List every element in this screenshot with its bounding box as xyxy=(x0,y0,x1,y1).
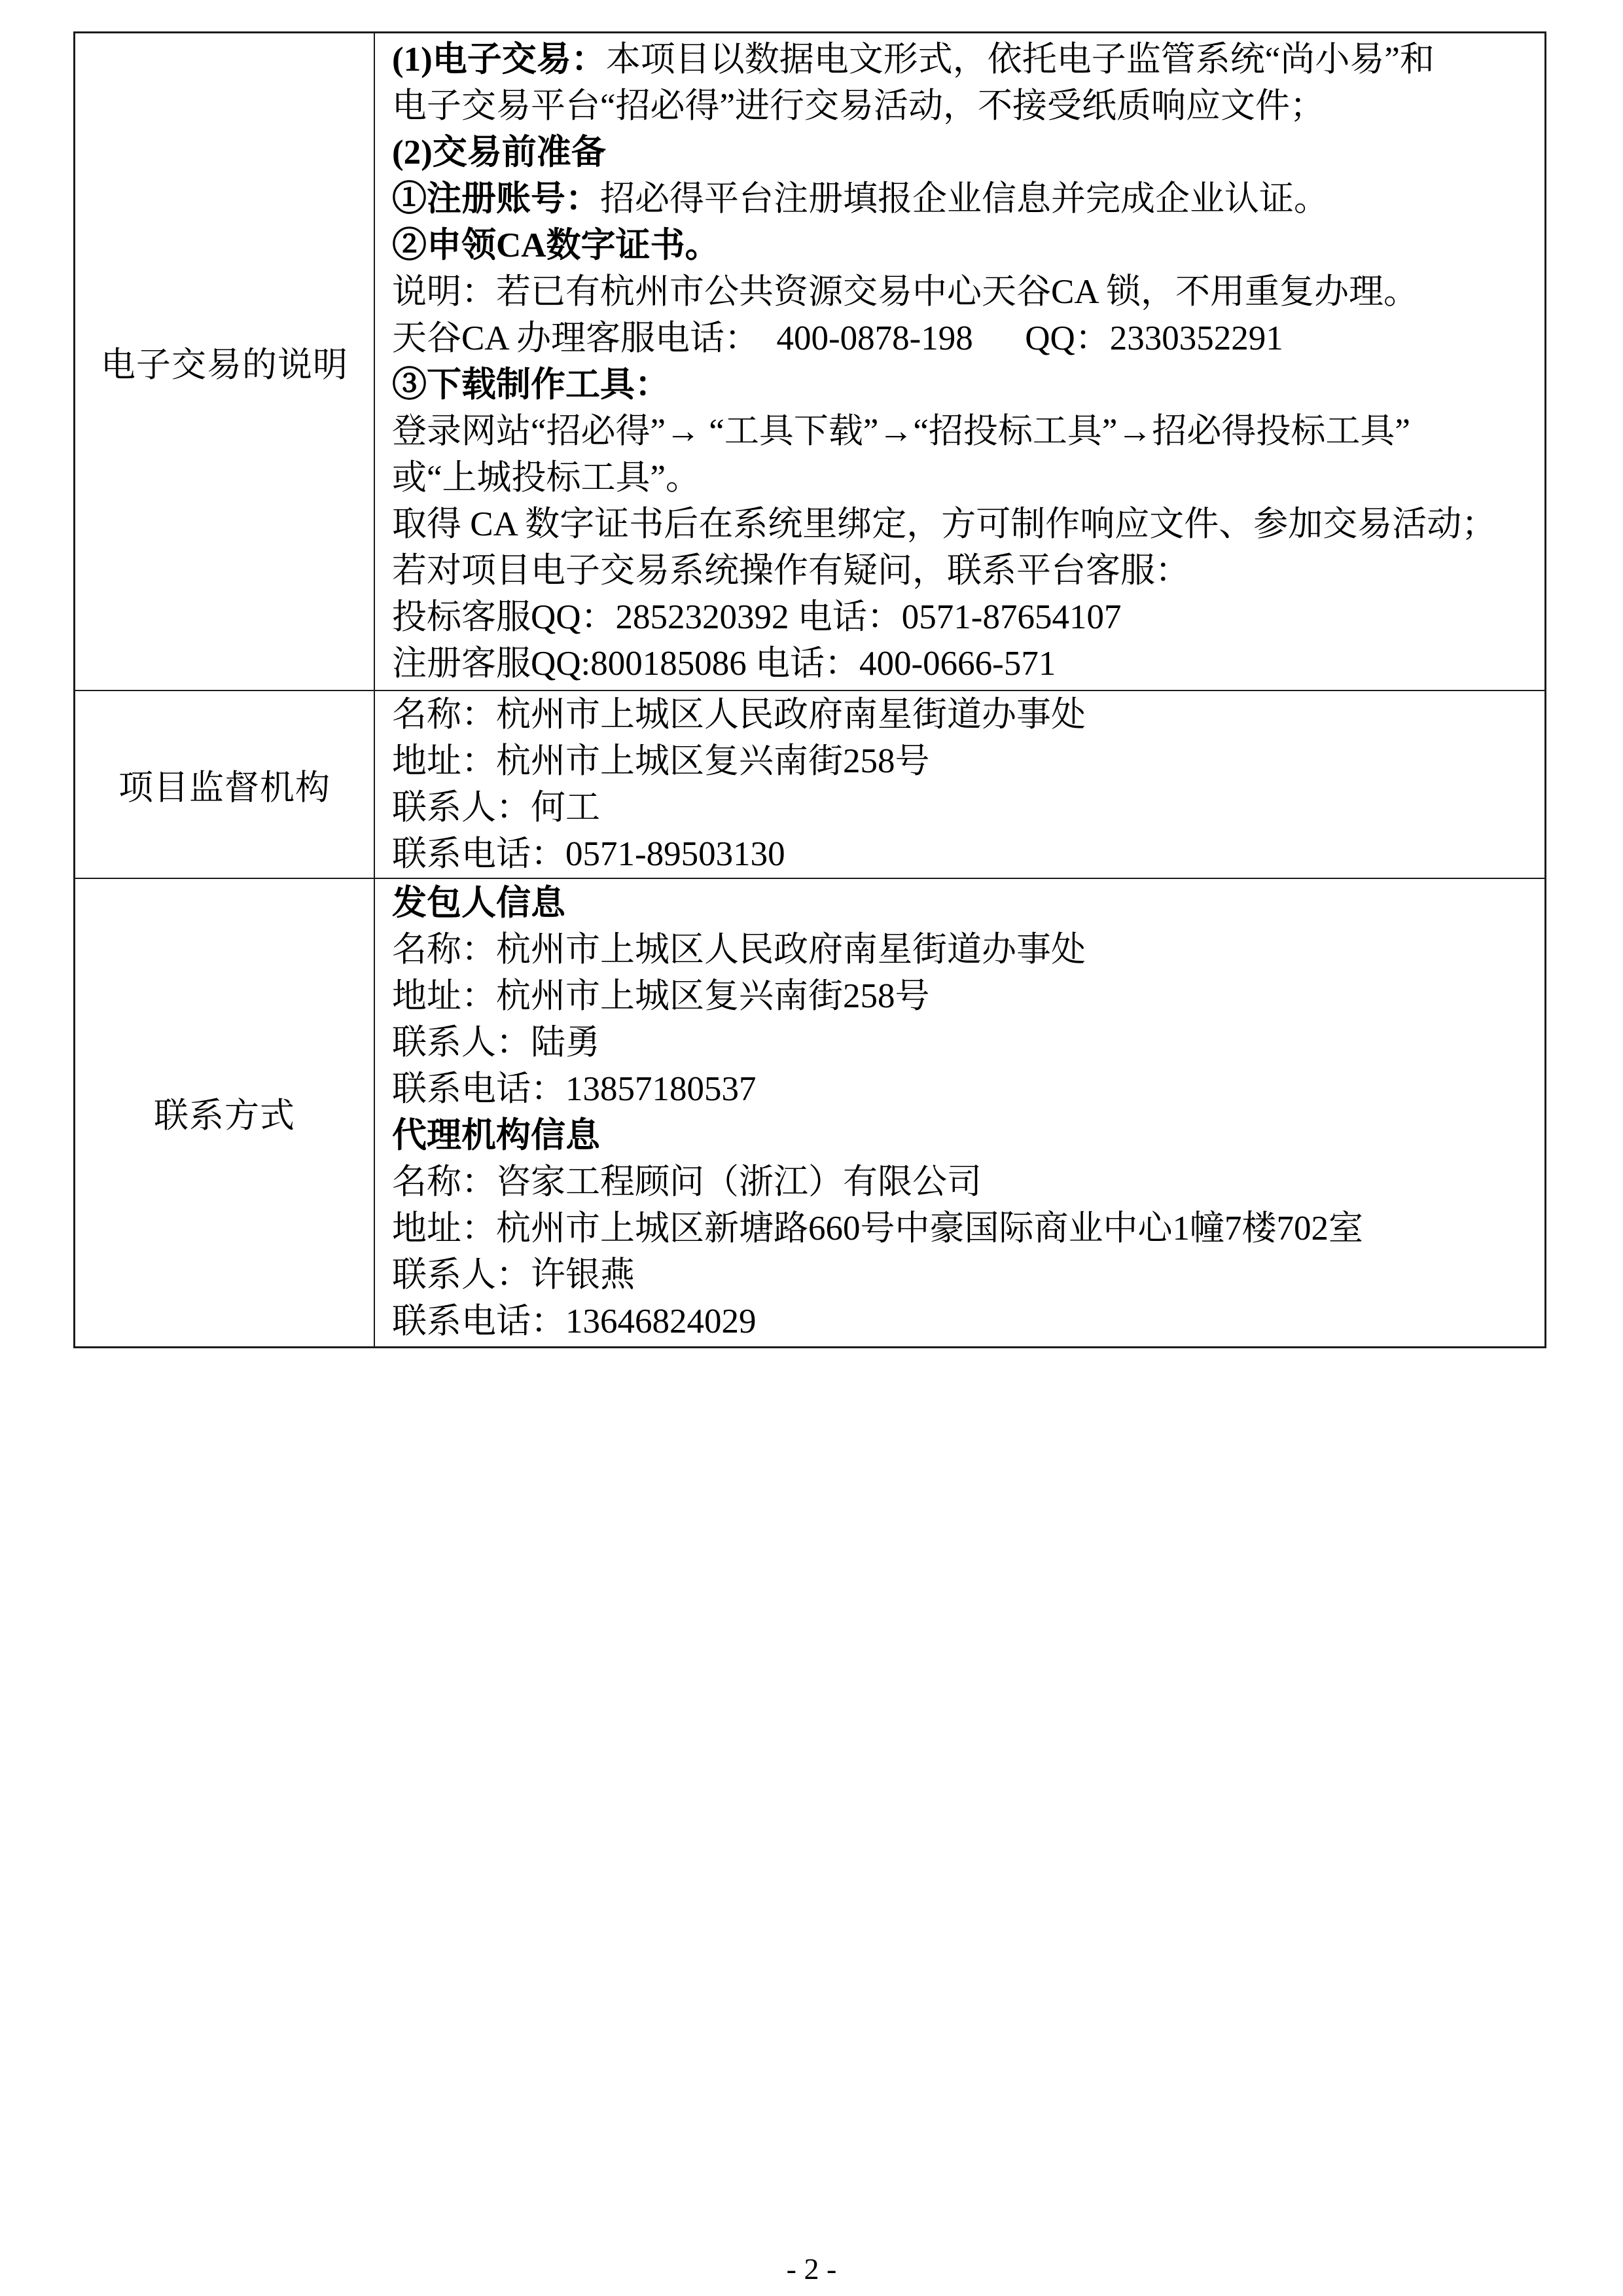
text-line: 说明：若已有杭州市公共资源交易中心天谷CA 锁，不用重复办理。 xyxy=(392,269,1544,315)
bold-text-segment: (1)电子交易： xyxy=(392,41,606,79)
text-segment: 联系人：何工 xyxy=(392,789,600,827)
text-segment: 若对项目电子交易系统操作有疑问，联系平台客服： xyxy=(392,552,1190,590)
text-segment: 电子交易平台“招必得”进行交易活动，不接受纸质响应文件； xyxy=(392,87,1325,125)
bold-text-segment: ①注册账号： xyxy=(392,180,600,218)
text-line: (1)电子交易：本项目以数据电文形式，依托电子监管系统“尚小易”和 xyxy=(392,37,1544,83)
text-line: 代理机构信息 xyxy=(392,1113,1544,1159)
text-segment: 天谷CA 办理客服电话： 400-0878-198 QQ：2330352291 xyxy=(392,319,1283,357)
text-line: 发包人信息 xyxy=(392,880,1544,927)
text-segment: 招必得平台注册填报企业信息并完成企业认证。 xyxy=(600,180,1329,218)
text-segment: 联系电话：0571-89503130 xyxy=(392,835,785,873)
document-page: 电子交易的说明 (1)电子交易：本项目以数据电文形式，依托电子监管系统“尚小易”… xyxy=(0,0,1623,2296)
text-line: 名称：咨家工程顾问（浙江）有限公司 xyxy=(392,1159,1544,1206)
text-line: 电子交易平台“招必得”进行交易活动，不接受纸质响应文件； xyxy=(392,83,1544,130)
row-label-contact-info: 联系方式 xyxy=(75,879,375,1346)
text-line: ③下载制作工具： xyxy=(392,362,1544,408)
text-segment: 投标客服QQ：2852320392 电话：0571-87654107 xyxy=(392,598,1121,636)
text-segment: 名称：咨家工程顾问（浙江）有限公司 xyxy=(392,1163,982,1201)
text-segment: 登录网站“招必得”→ “工具下载”→“招投标工具”→招必得投标工具” xyxy=(392,412,1410,450)
table-row-contact-info: 联系方式 发包人信息名称：杭州市上城区人民政府南星街道办事处地址：杭州市上城区复… xyxy=(75,878,1544,1346)
text-line: 投标客服QQ：2852320392 电话：0571-87654107 xyxy=(392,594,1544,641)
row-content-supervision-agency: 名称：杭州市上城区人民政府南星街道办事处地址：杭州市上城区复兴南街258号联系人… xyxy=(375,691,1544,878)
text-segment: 地址：杭州市上城区新塘路660号中豪国际商业中心1幢7楼702室 xyxy=(392,1210,1363,1247)
text-segment: 联系人：陆勇 xyxy=(392,1024,600,1062)
text-line: ②申领CA数字证书。 xyxy=(392,223,1544,269)
page-number: - 2 - xyxy=(0,2250,1623,2288)
text-segment: 取得 CA 数字证书后在系统里绑定，方可制作响应文件、参加交易活动； xyxy=(392,505,1496,543)
row-label-supervision-agency: 项目监督机构 xyxy=(75,691,375,878)
text-segment: 名称：杭州市上城区人民政府南星街道办事处 xyxy=(392,931,1086,969)
text-line: 联系人：陆勇 xyxy=(392,1020,1544,1066)
text-segment: 联系电话：13857180537 xyxy=(392,1070,757,1108)
text-segment: 联系电话：13646824029 xyxy=(392,1302,757,1340)
text-segment: 联系人：许银燕 xyxy=(392,1256,635,1294)
bold-text-segment: ③下载制作工具： xyxy=(392,366,669,404)
text-line: 或“上城投标工具”。 xyxy=(392,455,1544,501)
table-row-supervision-agency: 项目监督机构 名称：杭州市上城区人民政府南星街道办事处地址：杭州市上城区复兴南街… xyxy=(75,690,1544,878)
table-row-electronic-trading: 电子交易的说明 (1)电子交易：本项目以数据电文形式，依托电子监管系统“尚小易”… xyxy=(75,33,1544,690)
row-label-electronic-trading: 电子交易的说明 xyxy=(75,33,375,690)
text-segment: 本项目以数据电文形式，依托电子监管系统“尚小易”和 xyxy=(606,41,1435,79)
text-line: ①注册账号：招必得平台注册填报企业信息并完成企业认证。 xyxy=(392,176,1544,223)
text-segment: 地址：杭州市上城区复兴南街258号 xyxy=(392,977,930,1015)
text-line: 若对项目电子交易系统操作有疑问，联系平台客服： xyxy=(392,548,1544,594)
text-segment: 或“上城投标工具”。 xyxy=(392,459,700,497)
text-segment: 地址：杭州市上城区复兴南街258号 xyxy=(392,742,930,780)
text-line: 名称：杭州市上城区人民政府南星街道办事处 xyxy=(392,692,1544,738)
text-segment: 名称：杭州市上城区人民政府南星街道办事处 xyxy=(392,696,1086,734)
bold-text-segment: 代理机构信息 xyxy=(392,1117,600,1155)
row-content-electronic-trading: (1)电子交易：本项目以数据电文形式，依托电子监管系统“尚小易”和电子交易平台“… xyxy=(375,33,1544,690)
info-table: 电子交易的说明 (1)电子交易：本项目以数据电文形式，依托电子监管系统“尚小易”… xyxy=(73,31,1546,1348)
text-line: 联系人：何工 xyxy=(392,785,1544,831)
bold-text-segment: 发包人信息 xyxy=(392,884,565,922)
text-line: 地址：杭州市上城区复兴南街258号 xyxy=(392,738,1544,785)
text-line: 地址：杭州市上城区新塘路660号中豪国际商业中心1幢7楼702室 xyxy=(392,1206,1544,1252)
bold-text-segment: ②申领CA数字证书。 xyxy=(392,226,720,264)
text-line: 注册客服QQ:800185086 电话：400-0666-571 xyxy=(392,641,1544,687)
text-line: 联系电话：13646824029 xyxy=(392,1299,1544,1345)
bold-text-segment: (2)交易前准备 xyxy=(392,134,606,171)
text-segment: 注册客服QQ:800185086 电话：400-0666-571 xyxy=(392,645,1056,683)
text-segment: 说明：若已有杭州市公共资源交易中心天谷CA 锁，不用重复办理。 xyxy=(392,273,1418,311)
text-line: 天谷CA 办理客服电话： 400-0878-198 QQ：2330352291 xyxy=(392,315,1544,362)
text-line: 登录网站“招必得”→ “工具下载”→“招投标工具”→招必得投标工具” xyxy=(392,408,1544,455)
text-line: 联系人：许银燕 xyxy=(392,1252,1544,1299)
text-line: 名称：杭州市上城区人民政府南星街道办事处 xyxy=(392,927,1544,973)
text-line: 地址：杭州市上城区复兴南街258号 xyxy=(392,973,1544,1020)
row-content-contact-info: 发包人信息名称：杭州市上城区人民政府南星街道办事处地址：杭州市上城区复兴南街25… xyxy=(375,879,1544,1346)
text-line: 联系电话：0571-89503130 xyxy=(392,831,1544,878)
text-line: (2)交易前准备 xyxy=(392,130,1544,176)
text-line: 取得 CA 数字证书后在系统里绑定，方可制作响应文件、参加交易活动； xyxy=(392,501,1544,548)
text-line: 联系电话：13857180537 xyxy=(392,1066,1544,1113)
